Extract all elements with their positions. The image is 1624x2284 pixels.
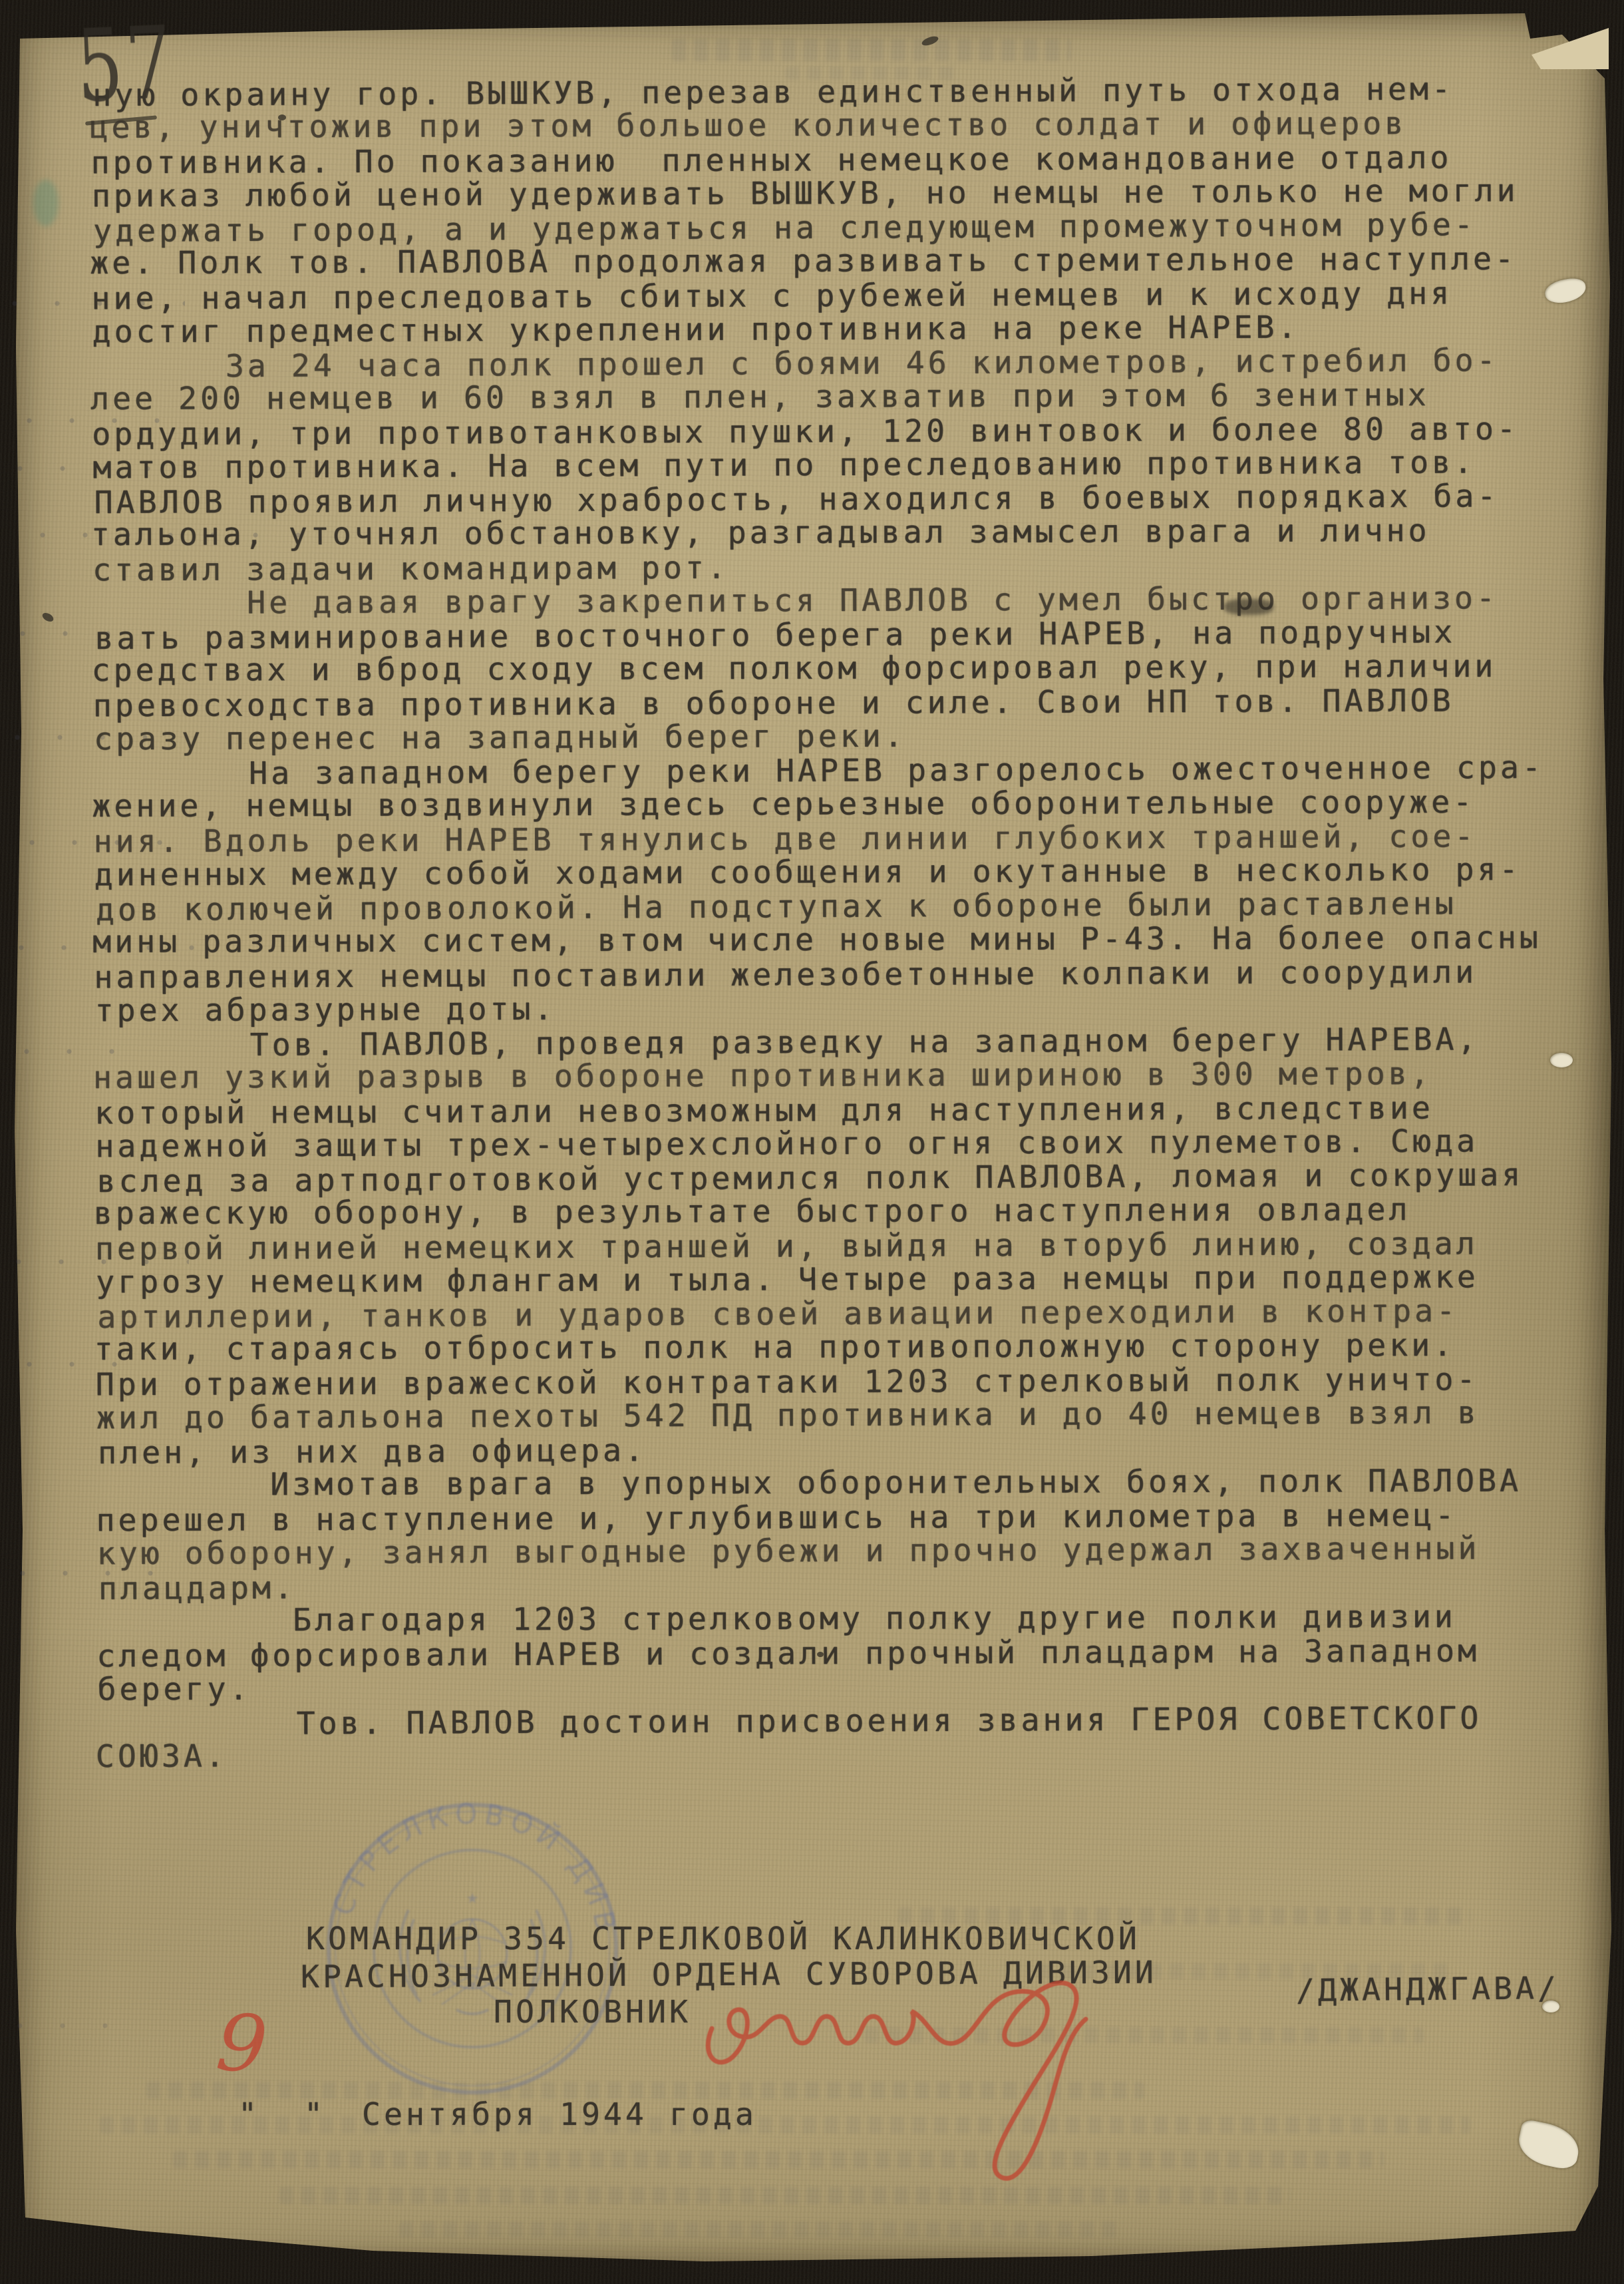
text-line: же. Полк тов. ПАВЛОВА продолжая развиват… — [90, 242, 1613, 280]
text-line: Измотав врага в упорных оборонительных б… — [94, 1463, 1618, 1502]
paper-hole — [1550, 1053, 1573, 1067]
text-line: кую оборону, занял выгодные рубежи и про… — [97, 1531, 1621, 1571]
text-line: лее 200 немцев и 60 взял в плен, захвати… — [90, 377, 1614, 416]
ink-smudge — [1224, 599, 1273, 615]
text-line: жил до батальона пехоты 542 ПД противник… — [96, 1396, 1620, 1435]
green-smudge — [33, 180, 59, 226]
text-line: ния. Вдоль реки НАРЕВ тянулись две линии… — [93, 819, 1617, 858]
text-line: вражескую оборону, в результате быстрого… — [94, 1192, 1617, 1231]
text-line: который немцы считали невозможным для на… — [94, 1090, 1618, 1130]
ink-speck — [817, 1652, 824, 1657]
text-line: средствах и вброд сходу всем полком форс… — [91, 649, 1615, 687]
bleedthrough-smudge — [399, 2221, 1118, 2237]
text-line: жение, немцы воздвинули здесь серьезные … — [92, 785, 1615, 823]
signer-name: /ДЖАНДЖГАВА/ — [1296, 1970, 1559, 2008]
text-line: мины различных систем, втом числе новые … — [92, 920, 1616, 959]
margin-dots — [17, 2023, 110, 2029]
text-line: противника. По показанию пленных немецко… — [91, 140, 1615, 180]
date-line: " "Сентября 1944 года — [194, 2060, 757, 2132]
text-line: ние, начал преследовать сбитых с рубежей… — [91, 276, 1615, 315]
text-line: цев, уничтожив при этом большое количест… — [89, 106, 1613, 144]
scanned-document-photo: { "document": { "page_number": "57", "bo… — [0, 0, 1624, 2284]
text-line: первой линией немецких траншей и, выйдя … — [95, 1226, 1619, 1266]
text-line: СОЮЗА. — [96, 1735, 1619, 1774]
text-line: таки, стараясь отбросить полк на противо… — [94, 1328, 1617, 1366]
text-line: направлениях немцы поставили железобетон… — [94, 954, 1617, 994]
handwritten-day: 9 — [213, 1996, 271, 2092]
date-quotes: " " — [238, 2096, 326, 2132]
text-line: нашел узкий разрыв в обороне противника … — [93, 1056, 1617, 1095]
bleedthrough-smudge — [672, 39, 1071, 61]
paper-hole — [1542, 2000, 1559, 2012]
text-line: Благодаря 1203 стрелковому полку другие … — [95, 1599, 1619, 1638]
body-text: ную окраину гор. ВЫШКУВ, перезав единств… — [91, 72, 1621, 1775]
commander-rank: ПОЛКОВНИК — [494, 1994, 691, 2030]
text-line: следом форсировали НАРЕВ и создали прочн… — [96, 1633, 1620, 1673]
text-line: ордудии, три противотанковых пушки, 120 … — [92, 411, 1615, 451]
ink-speck — [278, 114, 286, 120]
text-line: тальона, уточнял обстановку, разгадывал … — [91, 513, 1615, 552]
stamp-star-icon: ★ — [466, 1885, 478, 1909]
handwritten-signature — [692, 1922, 1237, 2221]
